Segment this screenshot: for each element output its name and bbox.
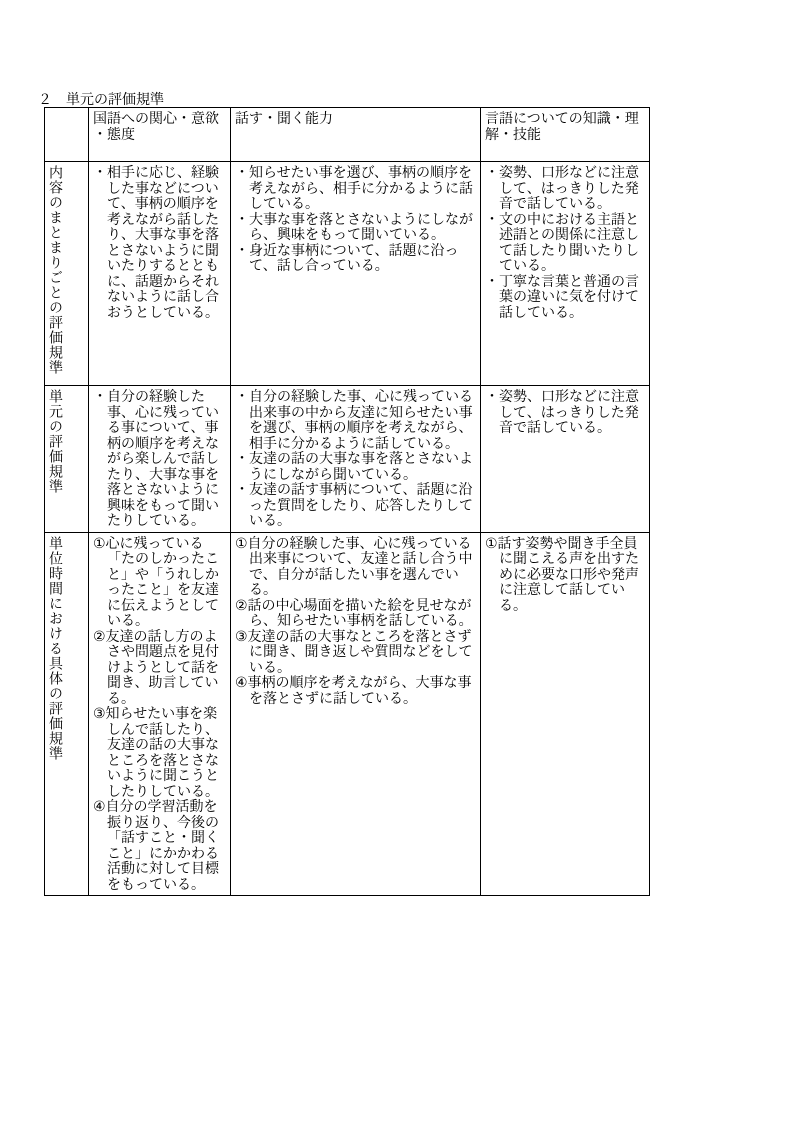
criterion-item: ・丁寧な言葉と普通の言葉の違いに気を付けて話している。	[485, 274, 645, 321]
row-label-cell: 単元の評価規準	[45, 386, 89, 533]
cell-naiyou-hanasu-kiku: ・知らせたい事を選び、事柄の順序を考えながら、相手に分かるように話している。 ・…	[231, 162, 481, 386]
row-label: 単元の評価規準	[49, 389, 63, 494]
criterion-item: ①自分の経験した事、心に残っている出来事について、友達と話し合う中で、自分が話し…	[235, 536, 476, 598]
table-row-tani-jikan: 単位時間における具体の評価規準 ①心に残っている「たのしかったこと」や「うれしか…	[45, 532, 650, 896]
row-label-cell: 内容のまとまりごとの評価規準	[45, 162, 89, 386]
criterion-item: ・自分の経験した事、心に残っている事について、事柄の順序を考えながら楽しんで話し…	[93, 389, 226, 529]
criterion-item: ④事柄の順序を考えながら、大事な事を落とさずに話している。	[235, 675, 476, 706]
criterion-item: ②友達の話し方のよさや問題点を見付けようとして話を聞き、助言している。	[93, 629, 226, 707]
cell-tangen-hanasu-kiku: ・自分の経験した事、心に残っている出来事の中から友達に知らせたい事を選び、事柄の…	[231, 386, 481, 533]
criterion-item: ・姿勢、口形などに注意して、はっきりした発音で話している。	[485, 389, 645, 436]
cell-jikan-kanshin: ①心に残っている「たのしかったこと」や「うれしかったこと」を友達に伝えようとして…	[89, 532, 231, 896]
document-page: ２ 単元の評価規準 ア 国語への関心・意欲・態度 イ 話す・聞く能力 オ 言語に…	[0, 0, 794, 1123]
row-label: 内容のまとまりごとの評価規準	[49, 165, 63, 375]
cell-tangen-gengo: ・姿勢、口形などに注意して、はっきりした発音で話している。	[481, 386, 650, 533]
criterion-item: ・友達の話す事柄について、話題に沿った質問をしたり、応答したりしている。	[235, 482, 476, 529]
criterion-item: ②話の中心場面を描いた絵を見せながら、知らせたい事柄を話している。	[235, 598, 476, 629]
page-title: ２ 単元の評価規準	[38, 92, 650, 107]
criterion-item: ③友達の話の大事なところを落とさずに聞き、聞き返しや質問などをしている。	[235, 629, 476, 676]
criterion-item: ・身近な事柄について、話題に沿って、話し合っている。	[235, 243, 476, 274]
column-header-gengo-chishiki: オ 言語についての知識・理解・技能	[481, 108, 650, 162]
document-content: ２ 単元の評価規準 ア 国語への関心・意欲・態度 イ 話す・聞く能力 オ 言語に…	[38, 92, 650, 896]
criterion-item: ④自分の学習活動を振り返り、今後の「話すこと・聞くこと」にかかわる活動に対して目…	[93, 799, 226, 892]
row-label: 単位時間における具体の評価規準	[49, 536, 63, 761]
cell-jikan-gengo: ①話す姿勢や聞き手全員に聞こえる声を出すために必要な口形や発声に注意して話してい…	[481, 532, 650, 896]
cell-naiyou-gengo: ・姿勢、口形などに注意して、はっきりした発音で話している。 ・文の中における主語…	[481, 162, 650, 386]
criterion-item: ・文の中における主語と述語との関係に注意して話したり聞いたりしている。	[485, 212, 645, 274]
table-row-tangen: 単元の評価規準 ・自分の経験した事、心に残っている事について、事柄の順序を考えな…	[45, 386, 650, 533]
criterion-item: ③知らせたい事を楽しんで話したり、友達の話の大事なところを落とさないように聞こう…	[93, 706, 226, 799]
criterion-item: ・知らせたい事を選び、事柄の順序を考えながら、相手に分かるように話している。	[235, 165, 476, 212]
column-header-hanasu-kiku: イ 話す・聞く能力	[231, 108, 481, 162]
cell-jikan-hanasu-kiku: ①自分の経験した事、心に残っている出来事について、友達と話し合う中で、自分が話し…	[231, 532, 481, 896]
criterion-item: ・姿勢、口形などに注意して、はっきりした発音で話している。	[485, 165, 645, 212]
table-row-naiyou-matomari: 内容のまとまりごとの評価規準 ・相手に応じ、経験した事などについて、事柄の順序を…	[45, 162, 650, 386]
corner-cell	[45, 108, 89, 162]
criterion-item: ・友達の話の大事な事を落とさないようにしながら聞いている。	[235, 451, 476, 482]
criterion-item: ①心に残っている「たのしかったこと」や「うれしかったこと」を友達に伝えようとして…	[93, 536, 226, 629]
criterion-item: ・相手に応じ、経験した事などについて、事柄の順序を考えながら話したり、大事な事を…	[93, 165, 226, 320]
cell-naiyou-kanshin: ・相手に応じ、経験した事などについて、事柄の順序を考えながら話したり、大事な事を…	[89, 162, 231, 386]
column-header-kanshin: ア 国語への関心・意欲・態度	[89, 108, 231, 162]
criterion-item: ・大事な事を落とさないようにしながら、興味をもって聞いている。	[235, 212, 476, 243]
criterion-item: ①話す姿勢や聞き手全員に聞こえる声を出すために必要な口形や発声に注意して話してい…	[485, 536, 645, 614]
table-header-row: ア 国語への関心・意欲・態度 イ 話す・聞く能力 オ 言語についての知識・理解・…	[45, 108, 650, 162]
cell-tangen-kanshin: ・自分の経験した事、心に残っている事について、事柄の順序を考えながら楽しんで話し…	[89, 386, 231, 533]
criterion-item: ・自分の経験した事、心に残っている出来事の中から友達に知らせたい事を選び、事柄の…	[235, 389, 476, 451]
evaluation-criteria-table: ア 国語への関心・意欲・態度 イ 話す・聞く能力 オ 言語についての知識・理解・…	[44, 107, 650, 896]
row-label-cell: 単位時間における具体の評価規準	[45, 532, 89, 896]
